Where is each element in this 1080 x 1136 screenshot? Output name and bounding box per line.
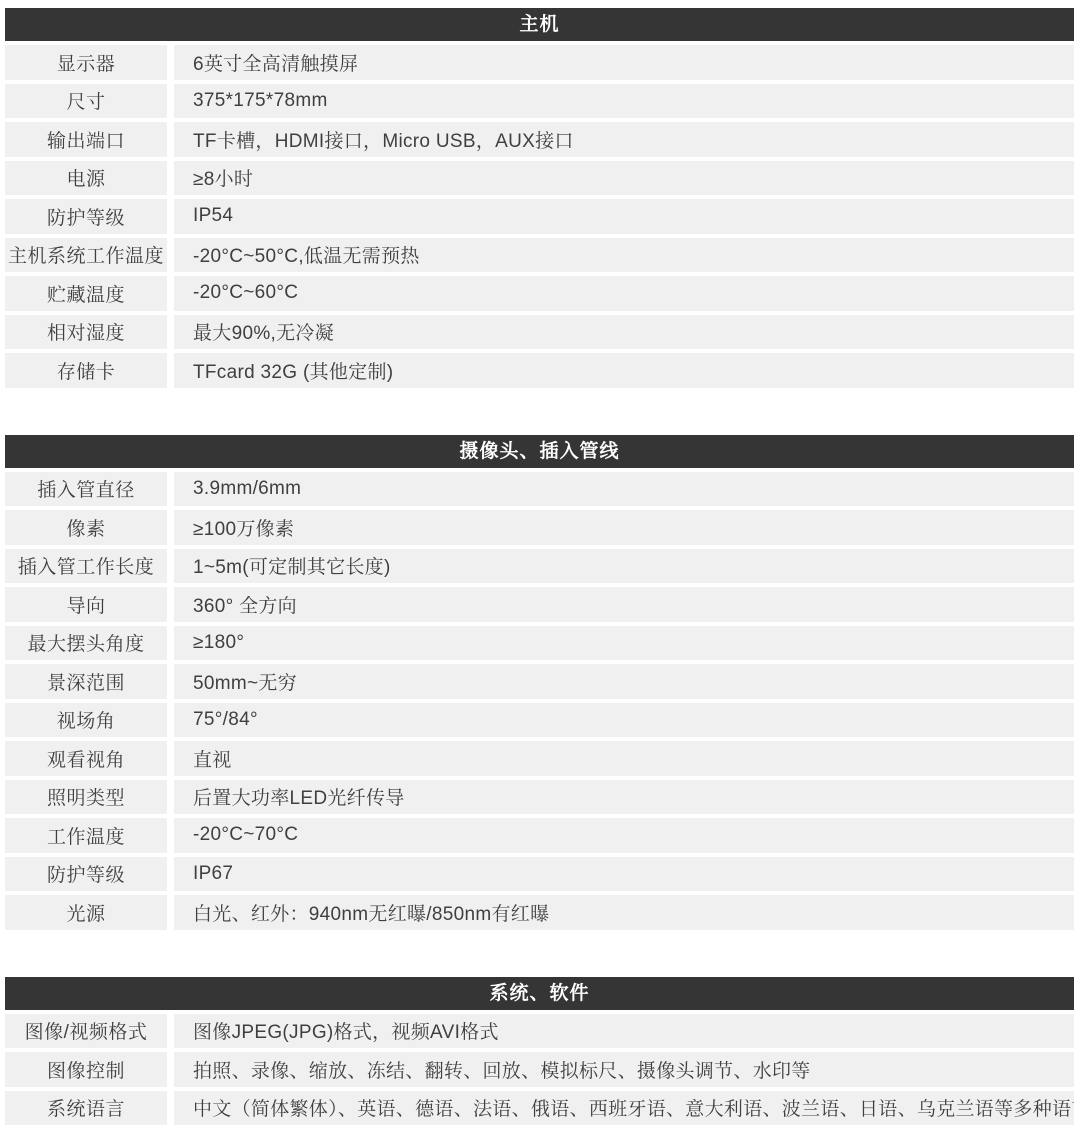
spec-value: ≥100万像素: [174, 510, 1074, 545]
spec-section: 主机 显示器 6英寸全高清触摸屏 尺寸 375*175*78mm 输出端口 TF…: [5, 8, 1074, 388]
spec-label: 插入管工作长度: [5, 549, 167, 584]
spec-row: 存储卡 TFcard 32G (其他定制): [5, 353, 1074, 388]
spec-tables: 主机 显示器 6英寸全高清触摸屏 尺寸 375*175*78mm 输出端口 TF…: [0, 0, 1080, 1125]
spec-label: 相对湿度: [5, 315, 167, 350]
spec-label: 图像控制: [5, 1052, 167, 1087]
spec-row: 图像/视频格式 图像JPEG(JPG)格式，视频AVI格式: [5, 1014, 1074, 1049]
spec-section: 摄像头、插入管线 插入管直径 3.9mm/6mm 像素 ≥100万像素 插入管工…: [5, 435, 1074, 930]
spec-row: 照明类型 后置大功率LED光纤传导: [5, 780, 1074, 815]
section-header: 系统、软件: [5, 977, 1074, 1010]
spec-label: 系统语言: [5, 1091, 167, 1126]
spec-row: 防护等级 IP67: [5, 857, 1074, 892]
spec-label: 景深范围: [5, 664, 167, 699]
spec-value: ≥8小时: [174, 161, 1074, 196]
section-title: 摄像头、插入管线: [459, 442, 619, 461]
spec-row: 光源 白光、红外：940nm无红曝/850nm有红曝: [5, 895, 1074, 930]
section-rows: 显示器 6英寸全高清触摸屏 尺寸 375*175*78mm 输出端口 TF卡槽，…: [5, 45, 1074, 388]
section-title: 系统、软件: [489, 984, 589, 1003]
spec-label: 最大摆头角度: [5, 626, 167, 661]
spec-value: 中文（简体繁体）、英语、德语、法语、俄语、西班牙语、意大利语、波兰语、日语、乌克…: [174, 1091, 1074, 1126]
spec-row: 工作温度 -20°C~70°C: [5, 818, 1074, 853]
spec-row: 插入管直径 3.9mm/6mm: [5, 472, 1074, 507]
spec-value: 360° 全方向: [174, 587, 1074, 622]
spec-value: 6英寸全高清触摸屏: [174, 45, 1074, 80]
spec-value: 375*175*78mm: [174, 84, 1074, 119]
spec-label: 照明类型: [5, 780, 167, 815]
spec-value: -20°C~60°C: [174, 276, 1074, 311]
spec-label: 导向: [5, 587, 167, 622]
spec-value: 拍照、录像、缩放、冻结、翻转、回放、模拟标尺、摄像头调节、水印等: [174, 1052, 1074, 1087]
spec-label: 插入管直径: [5, 472, 167, 507]
section-rows: 图像/视频格式 图像JPEG(JPG)格式，视频AVI格式 图像控制 拍照、录像…: [5, 1014, 1074, 1126]
section-header: 主机: [5, 8, 1074, 41]
spec-value: TF卡槽，HDMI接口，Micro USB，AUX接口: [174, 122, 1074, 157]
spec-row: 系统语言 中文（简体繁体）、英语、德语、法语、俄语、西班牙语、意大利语、波兰语、…: [5, 1091, 1074, 1126]
spec-value: IP67: [174, 857, 1074, 892]
spec-row: 贮藏温度 -20°C~60°C: [5, 276, 1074, 311]
section-rows: 插入管直径 3.9mm/6mm 像素 ≥100万像素 插入管工作长度 1~5m(…: [5, 472, 1074, 930]
section-header: 摄像头、插入管线: [5, 435, 1074, 468]
spec-label: 像素: [5, 510, 167, 545]
spec-value: -20°C~50°C,低温无需预热: [174, 238, 1074, 273]
spec-value: TFcard 32G (其他定制): [174, 353, 1074, 388]
spec-value: 75°/84°: [174, 703, 1074, 738]
spec-label: 主机系统工作温度: [5, 238, 167, 273]
spec-value: 图像JPEG(JPG)格式，视频AVI格式: [174, 1014, 1074, 1049]
spec-label: 观看视角: [5, 741, 167, 776]
spec-value: 直视: [174, 741, 1074, 776]
spec-label: 显示器: [5, 45, 167, 80]
spec-row: 景深范围 50mm~无穷: [5, 664, 1074, 699]
spec-row: 导向 360° 全方向: [5, 587, 1074, 622]
spec-value: 1~5m(可定制其它长度): [174, 549, 1074, 584]
spec-label: 贮藏温度: [5, 276, 167, 311]
spec-row: 最大摆头角度 ≥180°: [5, 626, 1074, 661]
spec-row: 显示器 6英寸全高清触摸屏: [5, 45, 1074, 80]
spec-row: 插入管工作长度 1~5m(可定制其它长度): [5, 549, 1074, 584]
spec-value: 最大90%,无冷凝: [174, 315, 1074, 350]
spec-label: 光源: [5, 895, 167, 930]
spec-value: 后置大功率LED光纤传导: [174, 780, 1074, 815]
spec-row: 主机系统工作温度 -20°C~50°C,低温无需预热: [5, 238, 1074, 273]
section-title: 主机: [519, 15, 559, 34]
spec-label: 存储卡: [5, 353, 167, 388]
spec-label: 工作温度: [5, 818, 167, 853]
spec-section: 系统、软件 图像/视频格式 图像JPEG(JPG)格式，视频AVI格式 图像控制…: [5, 977, 1074, 1126]
spec-row: 输出端口 TF卡槽，HDMI接口，Micro USB，AUX接口: [5, 122, 1074, 157]
spec-label: 电源: [5, 161, 167, 196]
spec-value: IP54: [174, 199, 1074, 234]
spec-value: -20°C~70°C: [174, 818, 1074, 853]
spec-value: 50mm~无穷: [174, 664, 1074, 699]
spec-row: 图像控制 拍照、录像、缩放、冻结、翻转、回放、模拟标尺、摄像头调节、水印等: [5, 1052, 1074, 1087]
spec-value: ≥180°: [174, 626, 1074, 661]
spec-label: 视场角: [5, 703, 167, 738]
spec-value: 白光、红外：940nm无红曝/850nm有红曝: [174, 895, 1074, 930]
spec-label: 图像/视频格式: [5, 1014, 167, 1049]
spec-row: 视场角 75°/84°: [5, 703, 1074, 738]
spec-row: 像素 ≥100万像素: [5, 510, 1074, 545]
spec-row: 相对湿度 最大90%,无冷凝: [5, 315, 1074, 350]
spec-label: 尺寸: [5, 84, 167, 119]
spec-row: 观看视角 直视: [5, 741, 1074, 776]
spec-row: 电源 ≥8小时: [5, 161, 1074, 196]
spec-row: 防护等级 IP54: [5, 199, 1074, 234]
spec-row: 尺寸 375*175*78mm: [5, 84, 1074, 119]
spec-label: 防护等级: [5, 857, 167, 892]
spec-label: 防护等级: [5, 199, 167, 234]
spec-value: 3.9mm/6mm: [174, 472, 1074, 507]
spec-label: 输出端口: [5, 122, 167, 157]
